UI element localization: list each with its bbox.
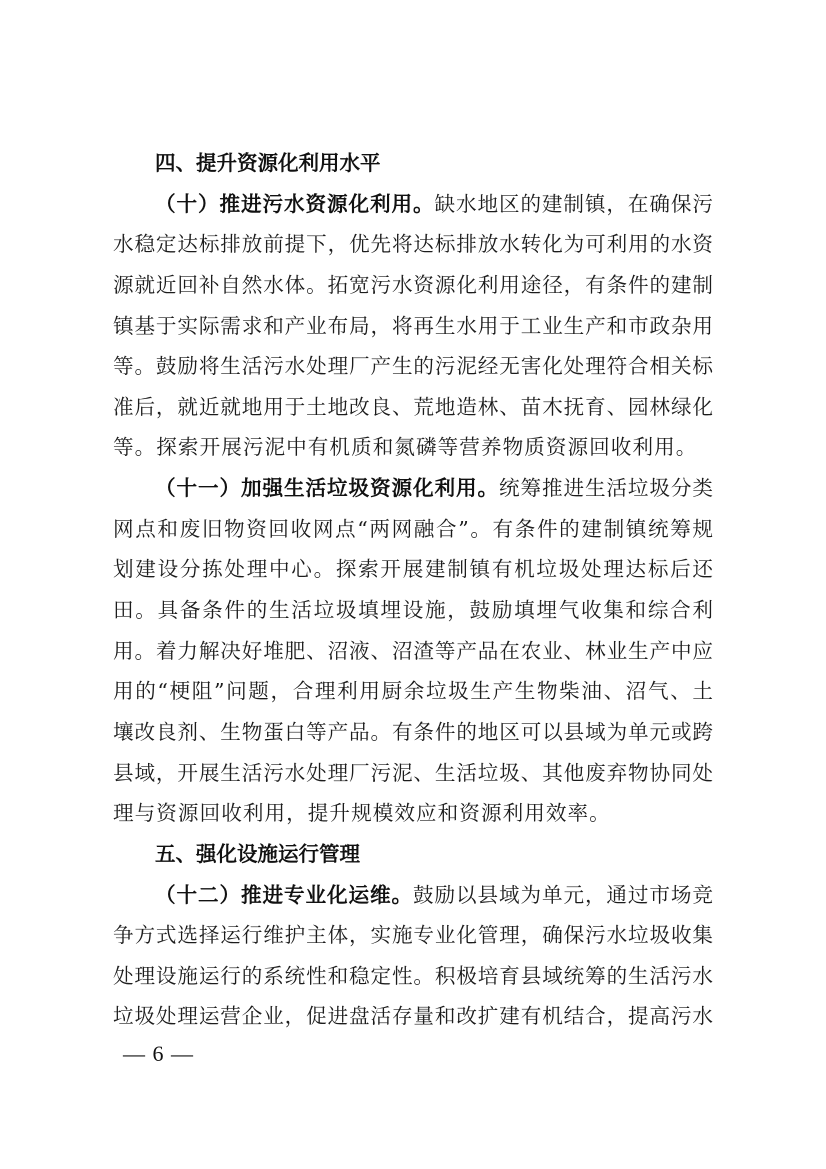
section-heading-5: 五、强化设施运行管理 [113,834,713,875]
paragraph-12-subheading: （十二）推进专业化运维。 [155,883,413,907]
paragraph-10-subheading: （十）推进污水资源化利用。 [155,192,434,216]
paragraph-11-line-2: 网点和废旧物资回收网点“两网融合”。有条件的建制镇统筹规 [113,509,713,550]
paragraph-10-line-2: 水稳定达标排放前提下，优先将达标排放水转化为可利用的水资 [113,224,713,265]
paragraph-11-line-7: 壤改良剂、生物蛋白等产品。有条件的地区可以县域为单元或跨 [113,712,713,753]
paragraph-10-line-7: 等。探索开展污泥中有机质和氮磷等营养物质资源回收利用。 [113,427,713,468]
paragraph-10-line-1: （十）推进污水资源化利用。缺水地区的建制镇，在确保污 [113,184,713,225]
paragraph-11-text: 统筹推进生活垃圾分类 [499,476,713,500]
paragraph-10-line-5: 等。鼓励将生活污水处理厂产生的污泥经无害化处理符合相关标 [113,346,713,387]
document-body: 四、提升资源化利用水平 （十）推进污水资源化利用。缺水地区的建制镇，在确保污 水… [113,143,713,1037]
paragraph-12-line-3: 处理设施运行的系统性和稳定性。积极培育县域统筹的生活污水 [113,956,713,997]
paragraph-11-line-9: 理与资源回收利用，提升规模效应和资源利用效率。 [113,793,713,834]
paragraph-12-line-4: 垃圾处理运营企业，促进盘活存量和改扩建有机结合，提高污水 [113,996,713,1037]
paragraph-10-line-6: 准后，就近就地用于土地改良、荒地造林、苗木抚育、园林绿化 [113,387,713,428]
paragraph-11-line-4: 田。具备条件的生活垃圾填埋设施，鼓励填埋气收集和综合利 [113,590,713,631]
paragraph-11-subheading: （十一）加强生活垃圾资源化利用。 [155,476,499,500]
paragraph-10-line-4: 镇基于实际需求和产业布局，将再生水用于工业生产和市政杂用 [113,306,713,347]
paragraph-11-line-5: 用。着力解决好堆肥、沼液、沼渣等产品在农业、林业生产中应 [113,631,713,672]
paragraph-11-line-6: 用的“梗阻”问题，合理利用厨余垃圾生产生物柴油、沼气、土 [113,671,713,712]
paragraph-12-line-2: 争方式选择运行维护主体，实施专业化管理，确保污水垃圾收集 [113,915,713,956]
paragraph-11-line-1: （十一）加强生活垃圾资源化利用。统筹推进生活垃圾分类 [113,468,713,509]
page-number: — 6 — [123,1041,194,1067]
paragraph-12-text: 鼓励以县域为单元，通过市场竞 [413,883,713,907]
paragraph-12-line-1: （十二）推进专业化运维。鼓励以县域为单元，通过市场竞 [113,875,713,916]
section-heading-4: 四、提升资源化利用水平 [113,143,713,184]
paragraph-10-line-3: 源就近回补自然水体。拓宽污水资源化利用途径，有条件的建制 [113,265,713,306]
paragraph-11-line-8: 县域，开展生活污水处理厂污泥、生活垃圾、其他废弃物协同处 [113,753,713,794]
document-page: 四、提升资源化利用水平 （十）推进污水资源化利用。缺水地区的建制镇，在确保污 水… [0,0,826,1169]
paragraph-11-line-3: 划建设分拣处理中心。探索开展建制镇有机垃圾处理达标后还 [113,549,713,590]
paragraph-10-text: 缺水地区的建制镇，在确保污 [434,192,713,216]
